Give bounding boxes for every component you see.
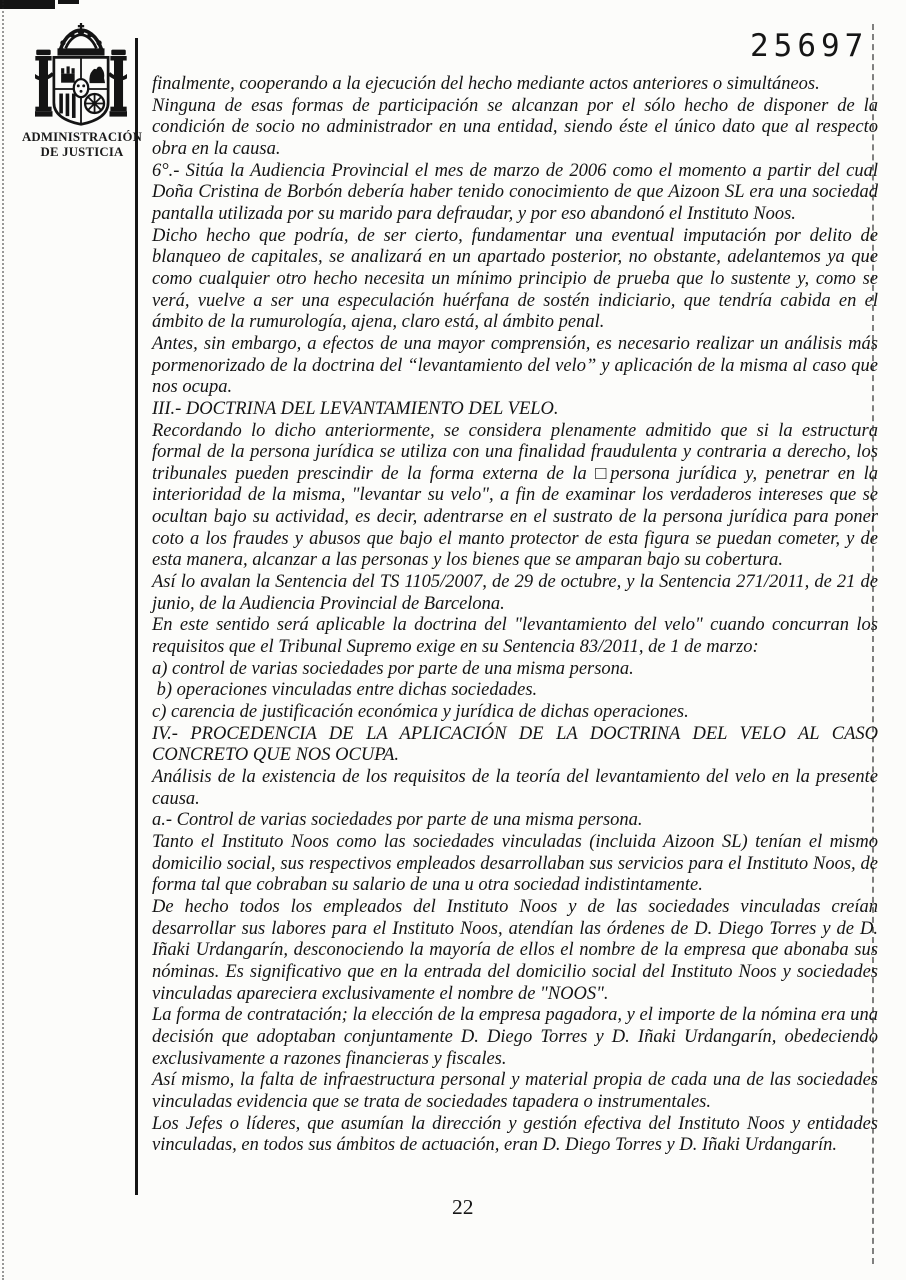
scan-artifact-bar [58,0,79,4]
paragraph: Análisis de la existencia de los requisi… [152,767,878,810]
judgment-body: finalmente, cooperando a la ejecución de… [152,74,878,1157]
list-item: c) carencia de justificación económica y… [152,702,878,724]
coat-of-arms-icon [35,23,127,127]
paragraph: Así lo avalan la Sentencia del TS 1105/2… [152,572,878,615]
list-item: b) operaciones vinculadas entre dichas s… [152,680,878,702]
paragraph: 6°.- Sitúa la Audiencia Provincial el me… [152,161,878,226]
paragraph: Ninguna de esas formas de participación … [152,96,878,161]
section-heading: IV.- PROCEDENCIA DE LA APLICACIÓN DE LA … [152,724,878,767]
paragraph: Antes, sin embargo, a efectos de una may… [152,334,878,399]
scan-artifact-bar [0,0,55,9]
paragraph: De hecho todos los empleados del Institu… [152,897,878,1005]
paragraph: Los Jefes o líderes, que asumían la dire… [152,1114,878,1157]
scanned-court-page: ADMINISTRACIÓN DE JUSTICIA 25697 finalme… [0,0,906,1280]
list-item: a) control de varias sociedades por part… [152,659,878,681]
page-number: 22 [452,1195,474,1220]
paragraph: La forma de contratación; la elección de… [152,1005,878,1070]
org-name-line1: ADMINISTRACIÓN [22,130,142,144]
paragraph: finalmente, cooperando a la ejecución de… [152,74,878,96]
folio-number: 25697 [750,28,868,64]
paragraph: En este sentido será aplicable la doctri… [152,615,878,658]
paragraph: Dicho hecho que podría, de ser cierto, f… [152,226,878,334]
scan-edge-left [2,0,4,1280]
margin-rule [135,38,138,1195]
org-name-line2: DE JUSTICIA [41,145,124,159]
paragraph: Así mismo, la falta de infraestructura p… [152,1070,878,1113]
paragraph: Tanto el Instituto Noos como las socieda… [152,832,878,897]
paragraph: a.- Control de varias sociedades por par… [152,810,878,832]
paragraph: Recordando lo dicho anteriormente, se co… [152,421,878,573]
section-heading: III.- DOCTRINA DEL LEVANTAMIENTO DEL VEL… [152,399,878,421]
